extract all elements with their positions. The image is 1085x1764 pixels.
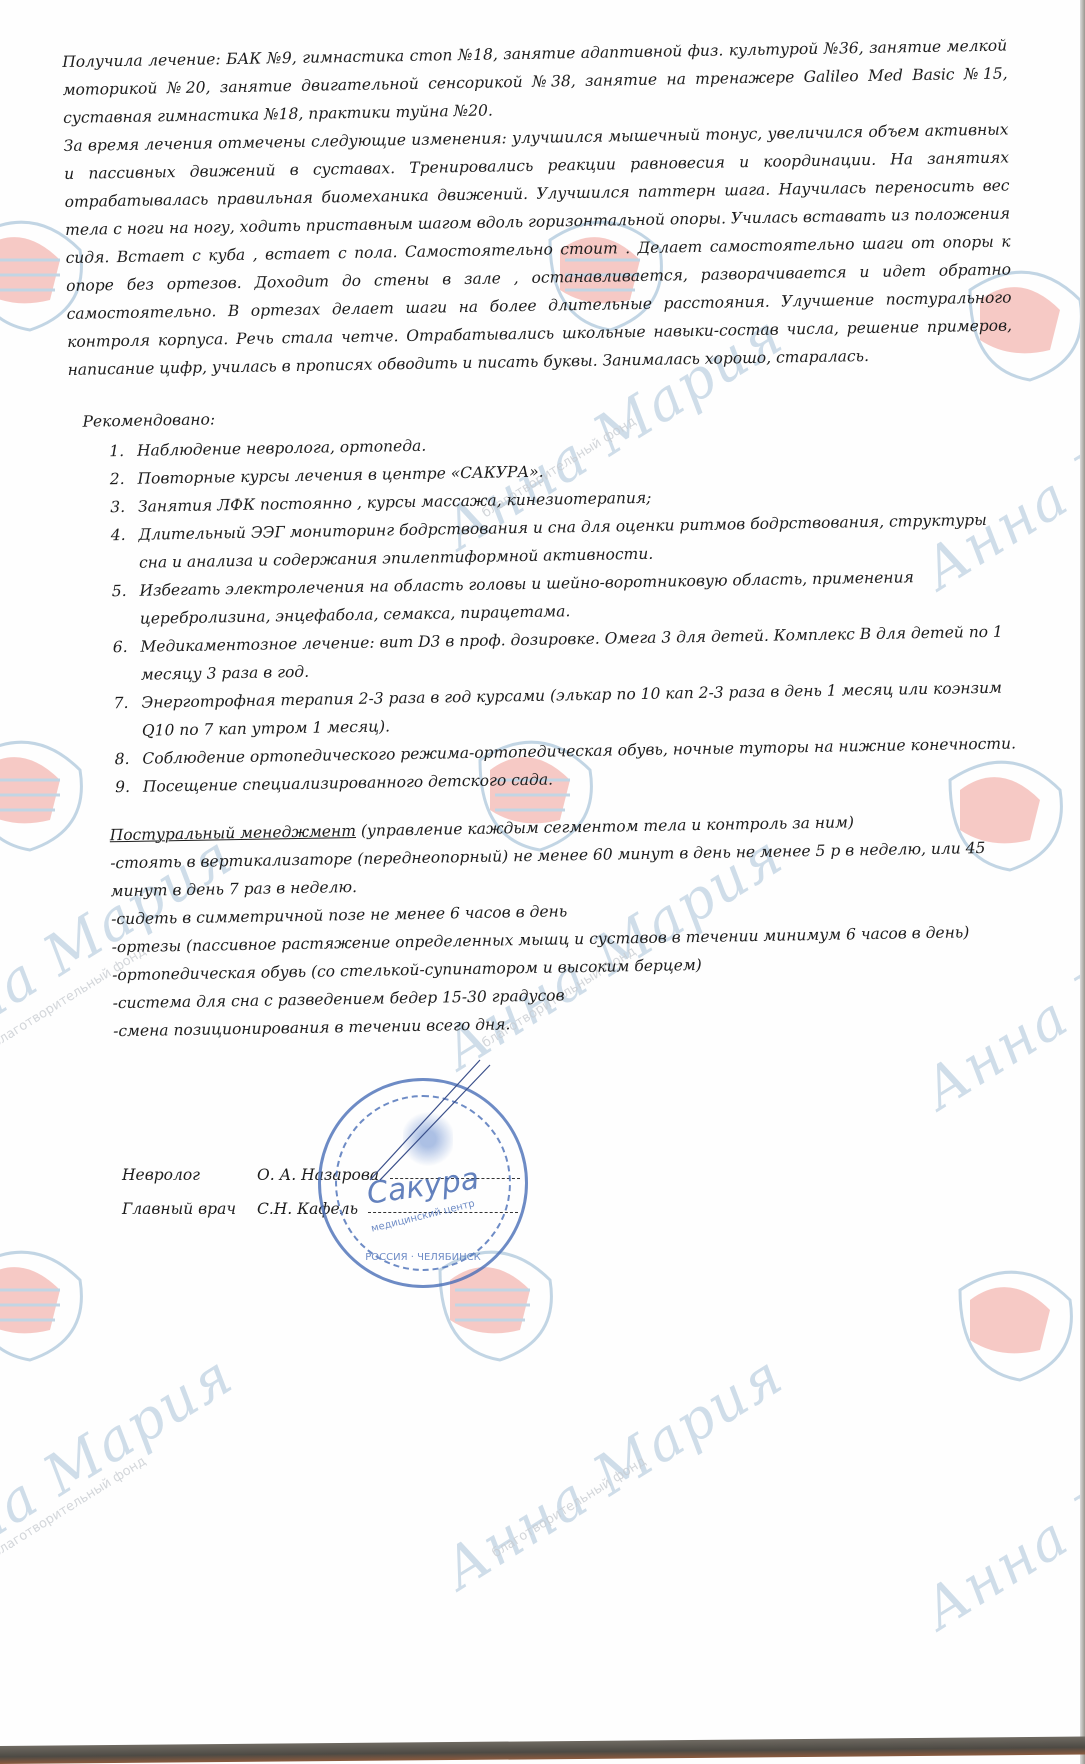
postural-title: Постуральный менеджмент	[110, 822, 356, 844]
signature-role: Невролог	[122, 1158, 257, 1192]
page-edge	[0, 1737, 1085, 1764]
changes-body: улучшился мышечный тонус, увеличился объ…	[64, 120, 1012, 378]
treatment-paragraph: Получила лечение: БАК №9, гимнастика сто…	[62, 32, 1008, 132]
signature-role: Главный врач	[122, 1192, 257, 1226]
changes-lead: За время лечения отмечены следующие изме…	[64, 129, 507, 155]
watermark-text: Анна Мария	[912, 1382, 1085, 1642]
postural-title-note: (управление каждым сегментом тела и конт…	[356, 813, 854, 840]
watermark-text: Анна Мария	[0, 1342, 245, 1602]
watermark-subtext: благотворительный фонд	[490, 1454, 649, 1561]
handwritten-signature-icon	[360, 1050, 500, 1190]
recommendations-list: Наблюдение невролога, ортопеда. Повторны…	[69, 421, 1020, 801]
document-page: Анна Мария благотворительный фонд Анна М…	[0, 0, 1085, 1764]
heart-hands-watermark-icon	[950, 1250, 1085, 1400]
page-edge	[1080, 0, 1085, 1764]
document-body: Получила лечение: БАК №9, гимнастика сто…	[62, 32, 1024, 1046]
changes-paragraph: За время лечения отмечены следующие изме…	[63, 115, 1012, 383]
heart-hands-watermark-icon	[0, 1230, 100, 1380]
watermark-text: Анна Мария	[432, 1342, 795, 1602]
postural-management-section: Постуральный менеджмент (управление кажд…	[110, 806, 1004, 1045]
stamp-ring-text: РОССИЯ · ЧЕЛЯБИНСК	[321, 1252, 525, 1263]
watermark-subtext: благотворительный фонд	[0, 1454, 149, 1561]
